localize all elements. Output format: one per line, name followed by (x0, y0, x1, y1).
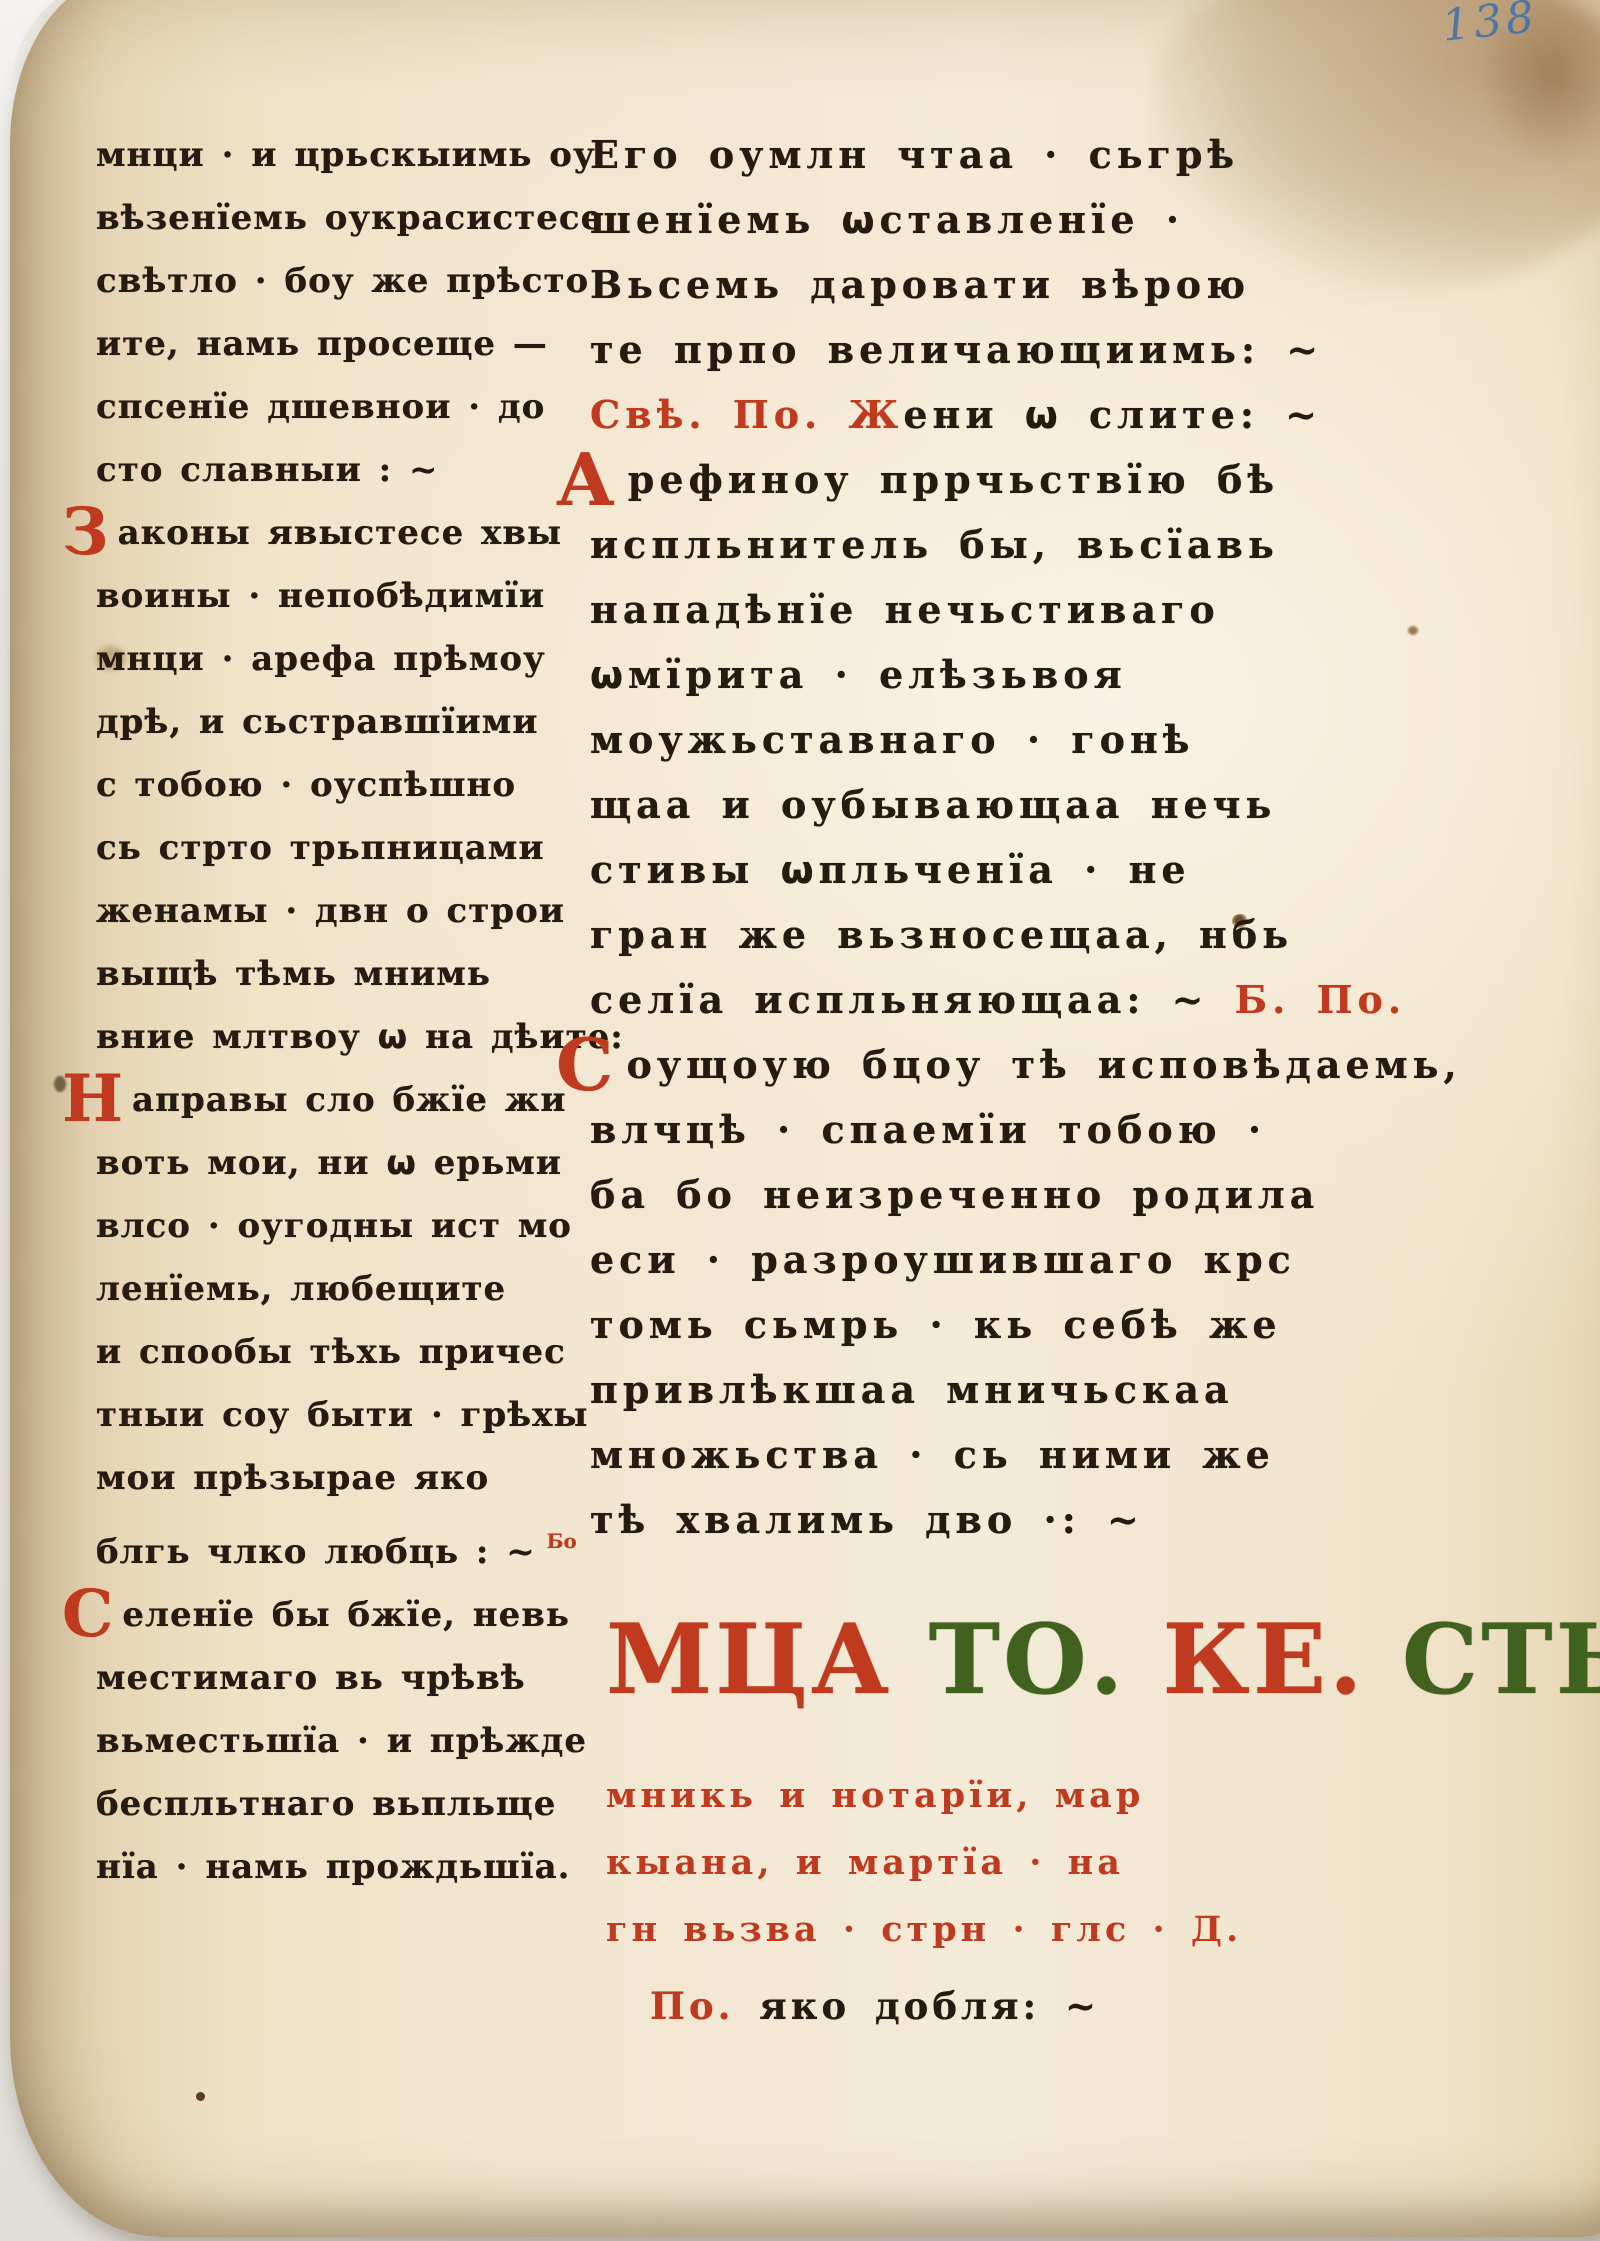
drop-cap-initial: А (556, 450, 620, 511)
text-line: ленїемь, любещите (96, 1258, 496, 1321)
text-segment: рефиноу пррчьствїю бѣ (628, 457, 1279, 502)
text-segment: аправы сло бжїе жи (132, 1080, 566, 1120)
text-segment: вьместьшїа · и прѣжде (96, 1721, 587, 1761)
text-line: мои прѣзырае яко (96, 1447, 496, 1510)
drop-cap-initial: Н (62, 1072, 124, 1127)
text-segment: селїа испльняющаа: ~ (590, 977, 1208, 1022)
text-line: Законы явыстесе хвы (96, 502, 496, 565)
text-line: влчцѣ · спаемїи тобою · (590, 1097, 1350, 1162)
drop-cap-initial: С (62, 1587, 114, 1642)
text-line: томь сьмрь · кь себѣ же (590, 1292, 1350, 1357)
text-segment: Б. По. (1208, 977, 1406, 1022)
text-segment: ѡмїрита · елѣзьвоя (590, 652, 1127, 697)
text-line: спсенїе дшевнои · до (96, 376, 496, 439)
speck (1408, 626, 1418, 635)
text-line: МЦА ТО. КЕ. СТЫ (606, 1572, 1366, 1747)
text-segment: женамы · двн о строи (96, 891, 565, 931)
photograph-backdrop: 138 мнци · и црьскыимь оувѣзенїемь оукра… (0, 0, 1600, 2241)
text-segment: местимаго вь чрѣвѣ (96, 1658, 526, 1698)
text-segment: и спообы тѣхь причес (96, 1332, 566, 1372)
feast-headline: МЦА ТО. КЕ. СТЫ (606, 1572, 1366, 1747)
text-line: Соущоую бцоу тѣ исповѣдаемь, (590, 1032, 1350, 1097)
text-line: привлѣкшаа мничьскаа (590, 1357, 1350, 1422)
text-line: Селенїе бы бжїе, невь (96, 1584, 496, 1647)
text-segment: свѣтло · боу же прѣсто (96, 261, 589, 301)
text-line: вѣзенїемь оукрасистесе (96, 187, 496, 250)
text-segment: Бо (536, 1529, 577, 1553)
text-segment: сь стрто трьпницами (96, 828, 545, 868)
text-line: По. яко добля: ~ (650, 1974, 1350, 2038)
text-segment: КЕ. (1163, 1603, 1402, 1716)
text-segment: щаа и оубывающаа нечь (590, 782, 1276, 827)
text-line: множьства · сь ними же (590, 1422, 1350, 1487)
text-line: мнци · арефа прѣмоу (96, 628, 496, 691)
text-segment: вѣзенїемь оукрасистесе (96, 198, 603, 238)
text-line: нападѣнїе нечьстиваго (590, 577, 1350, 642)
text-segment: ени ѡ слите: ~ (903, 392, 1322, 437)
text-segment: спсенїе дшевнои · до (96, 387, 545, 427)
text-line: гран же вьзносещаа, нбь (590, 902, 1350, 967)
text-line: и спообы тѣхь причес (96, 1321, 496, 1384)
text-segment: воины · непобѣдимїи (96, 576, 545, 616)
text-segment: мнци · и црьскыимь оу (96, 135, 596, 175)
drop-cap-initial: С (556, 1035, 618, 1096)
text-line: Вьсемь даровати вѣрою (590, 252, 1350, 317)
text-segment: ленїемь, любещите (96, 1269, 506, 1309)
text-segment: беспльтнаго вьпльще (96, 1784, 556, 1824)
text-segment: Свѣ. По. Ж (590, 392, 903, 437)
page-shading (10, 0, 1600, 94)
text-line: выщѣ тѣмь мнимь (96, 943, 496, 1006)
text-segment: шенїемь ѡставленїе · (590, 197, 1184, 242)
text-line: дрѣ, и сьстравшїими (96, 691, 496, 754)
text-line: вние млтвоу ѡ на дѣите: (96, 1006, 496, 1069)
text-line: ите, намь просеще — (96, 313, 496, 376)
podoben-line: По. яко добля: ~ (650, 1974, 1350, 2038)
text-segment: моужьставнаго · гонѣ (590, 717, 1194, 762)
text-line: воины · непобѣдимїи (96, 565, 496, 628)
text-segment: привлѣкшаа мничьскаа (590, 1367, 1234, 1412)
text-segment: По. (650, 1984, 759, 2028)
text-segment: яко добля: ~ (759, 1984, 1100, 2028)
manuscript-page: 138 мнци · и црьскыимь оувѣзенїемь оукра… (10, 0, 1600, 2237)
text-segment: гн вьзва · стрн · глс · Д. (606, 1909, 1242, 1950)
text-line: Арефиноу пррчьствїю бѣ (590, 447, 1350, 512)
text-line: Свѣ. По. Жени ѡ слите: ~ (590, 382, 1350, 447)
left-text-column: мнци · и црьскыимь оувѣзенїемь оукрасист… (96, 124, 496, 1899)
text-line: воть мои, ни ѡ ерьми (96, 1132, 496, 1195)
text-line: вьместьшїа · и прѣжде (96, 1710, 496, 1773)
text-segment: влсо · оугодны ист мо (96, 1206, 572, 1246)
text-line: беспльтнаго вьпльще (96, 1773, 496, 1836)
text-line: влсо · оугодны ист мо (96, 1195, 496, 1258)
text-line: кыана, и мартїа · на (606, 1829, 1326, 1896)
text-segment: те прпо величающиимь: ~ (590, 327, 1323, 372)
text-segment: оущоую бцоу тѣ исповѣдаемь, (626, 1042, 1461, 1087)
text-line: моужьставнаго · гонѣ (590, 707, 1350, 772)
text-segment: нїа · намь прождьшїа. (96, 1847, 570, 1887)
text-line: нїа · намь прождьшїа. (96, 1836, 496, 1899)
text-line: местимаго вь чрѣвѣ (96, 1647, 496, 1710)
text-line: испльнитель бы, вьсїавь (590, 512, 1350, 577)
text-segment: еленїе бы бжїе, невь (122, 1595, 570, 1635)
text-line: селїа испльняющаа: ~ Б. По. (590, 967, 1350, 1032)
text-segment: с тобою · оуспѣшно (96, 765, 516, 805)
speck (196, 2092, 205, 2101)
text-line: мнци · и црьскыимь оу (96, 124, 496, 187)
text-segment: испльнитель бы, вьсїавь (590, 522, 1279, 567)
text-line: ѡмїрита · елѣзьвоя (590, 642, 1350, 707)
text-segment: сто славныи : ~ (96, 450, 439, 490)
text-segment: влчцѣ · спаемїи тобою · (590, 1107, 1266, 1152)
text-segment: мникь и нотарїи, мар (606, 1775, 1144, 1816)
text-segment: блгь члко любць : ~ (96, 1532, 536, 1572)
text-segment: мои прѣзырае яко (96, 1458, 489, 1498)
text-line: мникь и нотарїи, мар (606, 1762, 1326, 1829)
text-line: еси · разроушившаго крс (590, 1227, 1350, 1292)
text-line: блгь члко любць : ~ Бо (96, 1510, 496, 1584)
text-segment: вние млтвоу ѡ на дѣите: (96, 1017, 624, 1057)
text-segment: еси · разроушившаго крс (590, 1237, 1296, 1282)
text-line: гн вьзва · стрн · глс · Д. (606, 1896, 1326, 1963)
text-segment: ба бо неизреченно родила (590, 1172, 1319, 1217)
text-segment: МЦА (606, 1603, 929, 1716)
text-segment: томь сьмрь · кь себѣ же (590, 1302, 1282, 1347)
text-segment: нападѣнїе нечьстиваго (590, 587, 1220, 632)
text-line: женамы · двн о строи (96, 880, 496, 943)
text-segment: тѣ хвалимь дво ·: ~ (590, 1497, 1144, 1542)
text-segment: ите, намь просеще — (96, 324, 548, 364)
text-line: сь стрто трьпницами (96, 817, 496, 880)
text-segment: множьства · сь ними же (590, 1432, 1275, 1477)
text-segment: выщѣ тѣмь мнимь (96, 954, 491, 994)
text-segment: мнци · арефа прѣмоу (96, 639, 546, 679)
text-segment: стивы ѡпльченїа · не (590, 847, 1191, 892)
text-line: тныи соу быти · грѣхы (96, 1384, 496, 1447)
text-segment: аконы явыстесе хвы (118, 513, 562, 553)
text-line: шенїемь ѡставленїе · (590, 187, 1350, 252)
text-line: Направы сло бжїе жи (96, 1069, 496, 1132)
text-line: тѣ хвалимь дво ·: ~ (590, 1487, 1350, 1552)
text-line: с тобою · оуспѣшно (96, 754, 496, 817)
text-segment: СТЫ (1402, 1603, 1600, 1716)
text-line: ба бо неизреченно родила (590, 1162, 1350, 1227)
text-segment: воть мои, ни ѡ ерьми (96, 1143, 562, 1183)
text-line: Его оумлн чтаа · сьгрѣ (590, 122, 1350, 187)
text-segment: тныи соу быти · грѣхы (96, 1395, 589, 1435)
drop-cap-initial: З (62, 505, 110, 560)
text-segment: дрѣ, и сьстравшїими (96, 702, 538, 742)
text-segment: гран же вьзносещаа, нбь (590, 912, 1293, 957)
text-line: сто славныи : ~ (96, 439, 496, 502)
text-segment: кыана, и мартїа · на (606, 1842, 1124, 1883)
text-line: те прпо величающиимь: ~ (590, 317, 1350, 382)
text-segment: Его оумлн чтаа · сьгрѣ (590, 132, 1239, 177)
rubric-lines: мникь и нотарїи, маркыана, и мартїа · на… (606, 1762, 1326, 1963)
text-segment: Вьсемь даровати вѣрою (590, 262, 1250, 307)
text-line: свѣтло · боу же прѣсто (96, 250, 496, 313)
text-line: щаа и оубывающаа нечь (590, 772, 1350, 837)
text-line: стивы ѡпльченїа · не (590, 837, 1350, 902)
right-text-column: Его оумлн чтаа · сьгрѣшенїемь ѡставленїе… (590, 122, 1350, 1552)
text-segment: ТО. (929, 1603, 1163, 1716)
